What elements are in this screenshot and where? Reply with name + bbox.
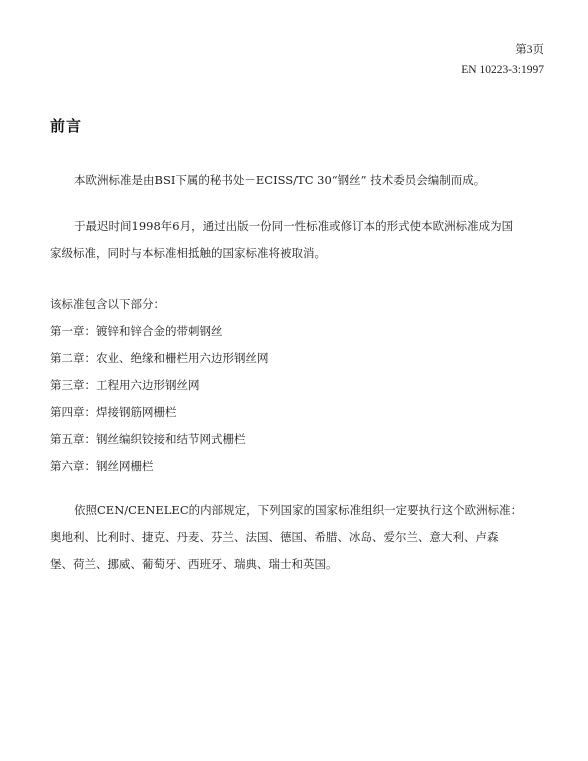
chapter-list-section: 该标准包含以下部分： 第一章：镀锌和锌合金的带刺钢丝 第二章：农业、绝缘和栅栏用… xyxy=(50,291,544,480)
paragraph-member-countries: 依照CEN/CENELEC的内部规定，下列国家的国家标准组织一定要执行这个欧洲标… xyxy=(50,497,544,578)
paragraph-line: 于最迟时间1998年6月，通过出版一份同一性标准或修订本的形式使本欧洲标准成为国 xyxy=(50,213,544,240)
standard-code: EN 10223-3:1997 xyxy=(461,60,544,80)
paragraph-adoption: 于最迟时间1998年6月，通过出版一份同一性标准或修订本的形式使本欧洲标准成为国… xyxy=(50,213,544,267)
chapter-item: 第六章：钢丝网栅栏 xyxy=(50,453,544,480)
paragraph-line: 依照CEN/CENELEC的内部规定，下列国家的国家标准组织一定要执行这个欧洲标… xyxy=(50,497,544,524)
paragraph-origin: 本欧洲标准是由BSI下属的秘书处－ECISS/TC 30“钢丝” 技术委员会编制… xyxy=(50,167,544,194)
page-number: 第3页 xyxy=(461,40,544,60)
chapter-item: 第五章：钢丝编织铰接和结节网式栅栏 xyxy=(50,426,544,453)
paragraph-text: 依照CEN/CENELEC的内部规定，下列国家的国家标准组织一定要执行这个欧洲标… xyxy=(74,503,522,517)
paragraph-line: 奥地利、比利时、捷克、丹麦、芬兰、法国、德国、希腊、冰岛、爱尔兰、意大利、卢森 xyxy=(50,524,544,551)
chapter-item: 第一章：镀锌和锌合金的带刺钢丝 xyxy=(50,318,544,345)
paragraph-text: 于最迟时间1998年6月，通过出版一份同一性标准或修订本的形式使本欧洲标准成为国 xyxy=(74,219,513,233)
chapter-list-intro: 该标准包含以下部分： xyxy=(50,291,544,318)
paragraph-line: 本欧洲标准是由BSI下属的秘书处－ECISS/TC 30“钢丝” 技术委员会编制… xyxy=(50,167,544,194)
section-title: 前言 xyxy=(50,115,82,136)
page-header: 第3页 EN 10223-3:1997 xyxy=(461,40,544,80)
paragraph-text: 本欧洲标准是由BSI下属的秘书处－ECISS/TC 30“钢丝” 技术委员会编制… xyxy=(74,173,485,187)
paragraph-line: 堡、荷兰、挪威、葡萄牙、西班牙、瑞典、瑞士和英国。 xyxy=(50,551,544,578)
chapter-item: 第四章：焊接钢筋网栅栏 xyxy=(50,399,544,426)
paragraph-line: 家级标准，同时与本标准相抵触的国家标准将被取消。 xyxy=(50,240,544,267)
chapter-item: 第三章：工程用六边形钢丝网 xyxy=(50,372,544,399)
chapter-item: 第二章：农业、绝缘和栅栏用六边形钢丝网 xyxy=(50,345,544,372)
